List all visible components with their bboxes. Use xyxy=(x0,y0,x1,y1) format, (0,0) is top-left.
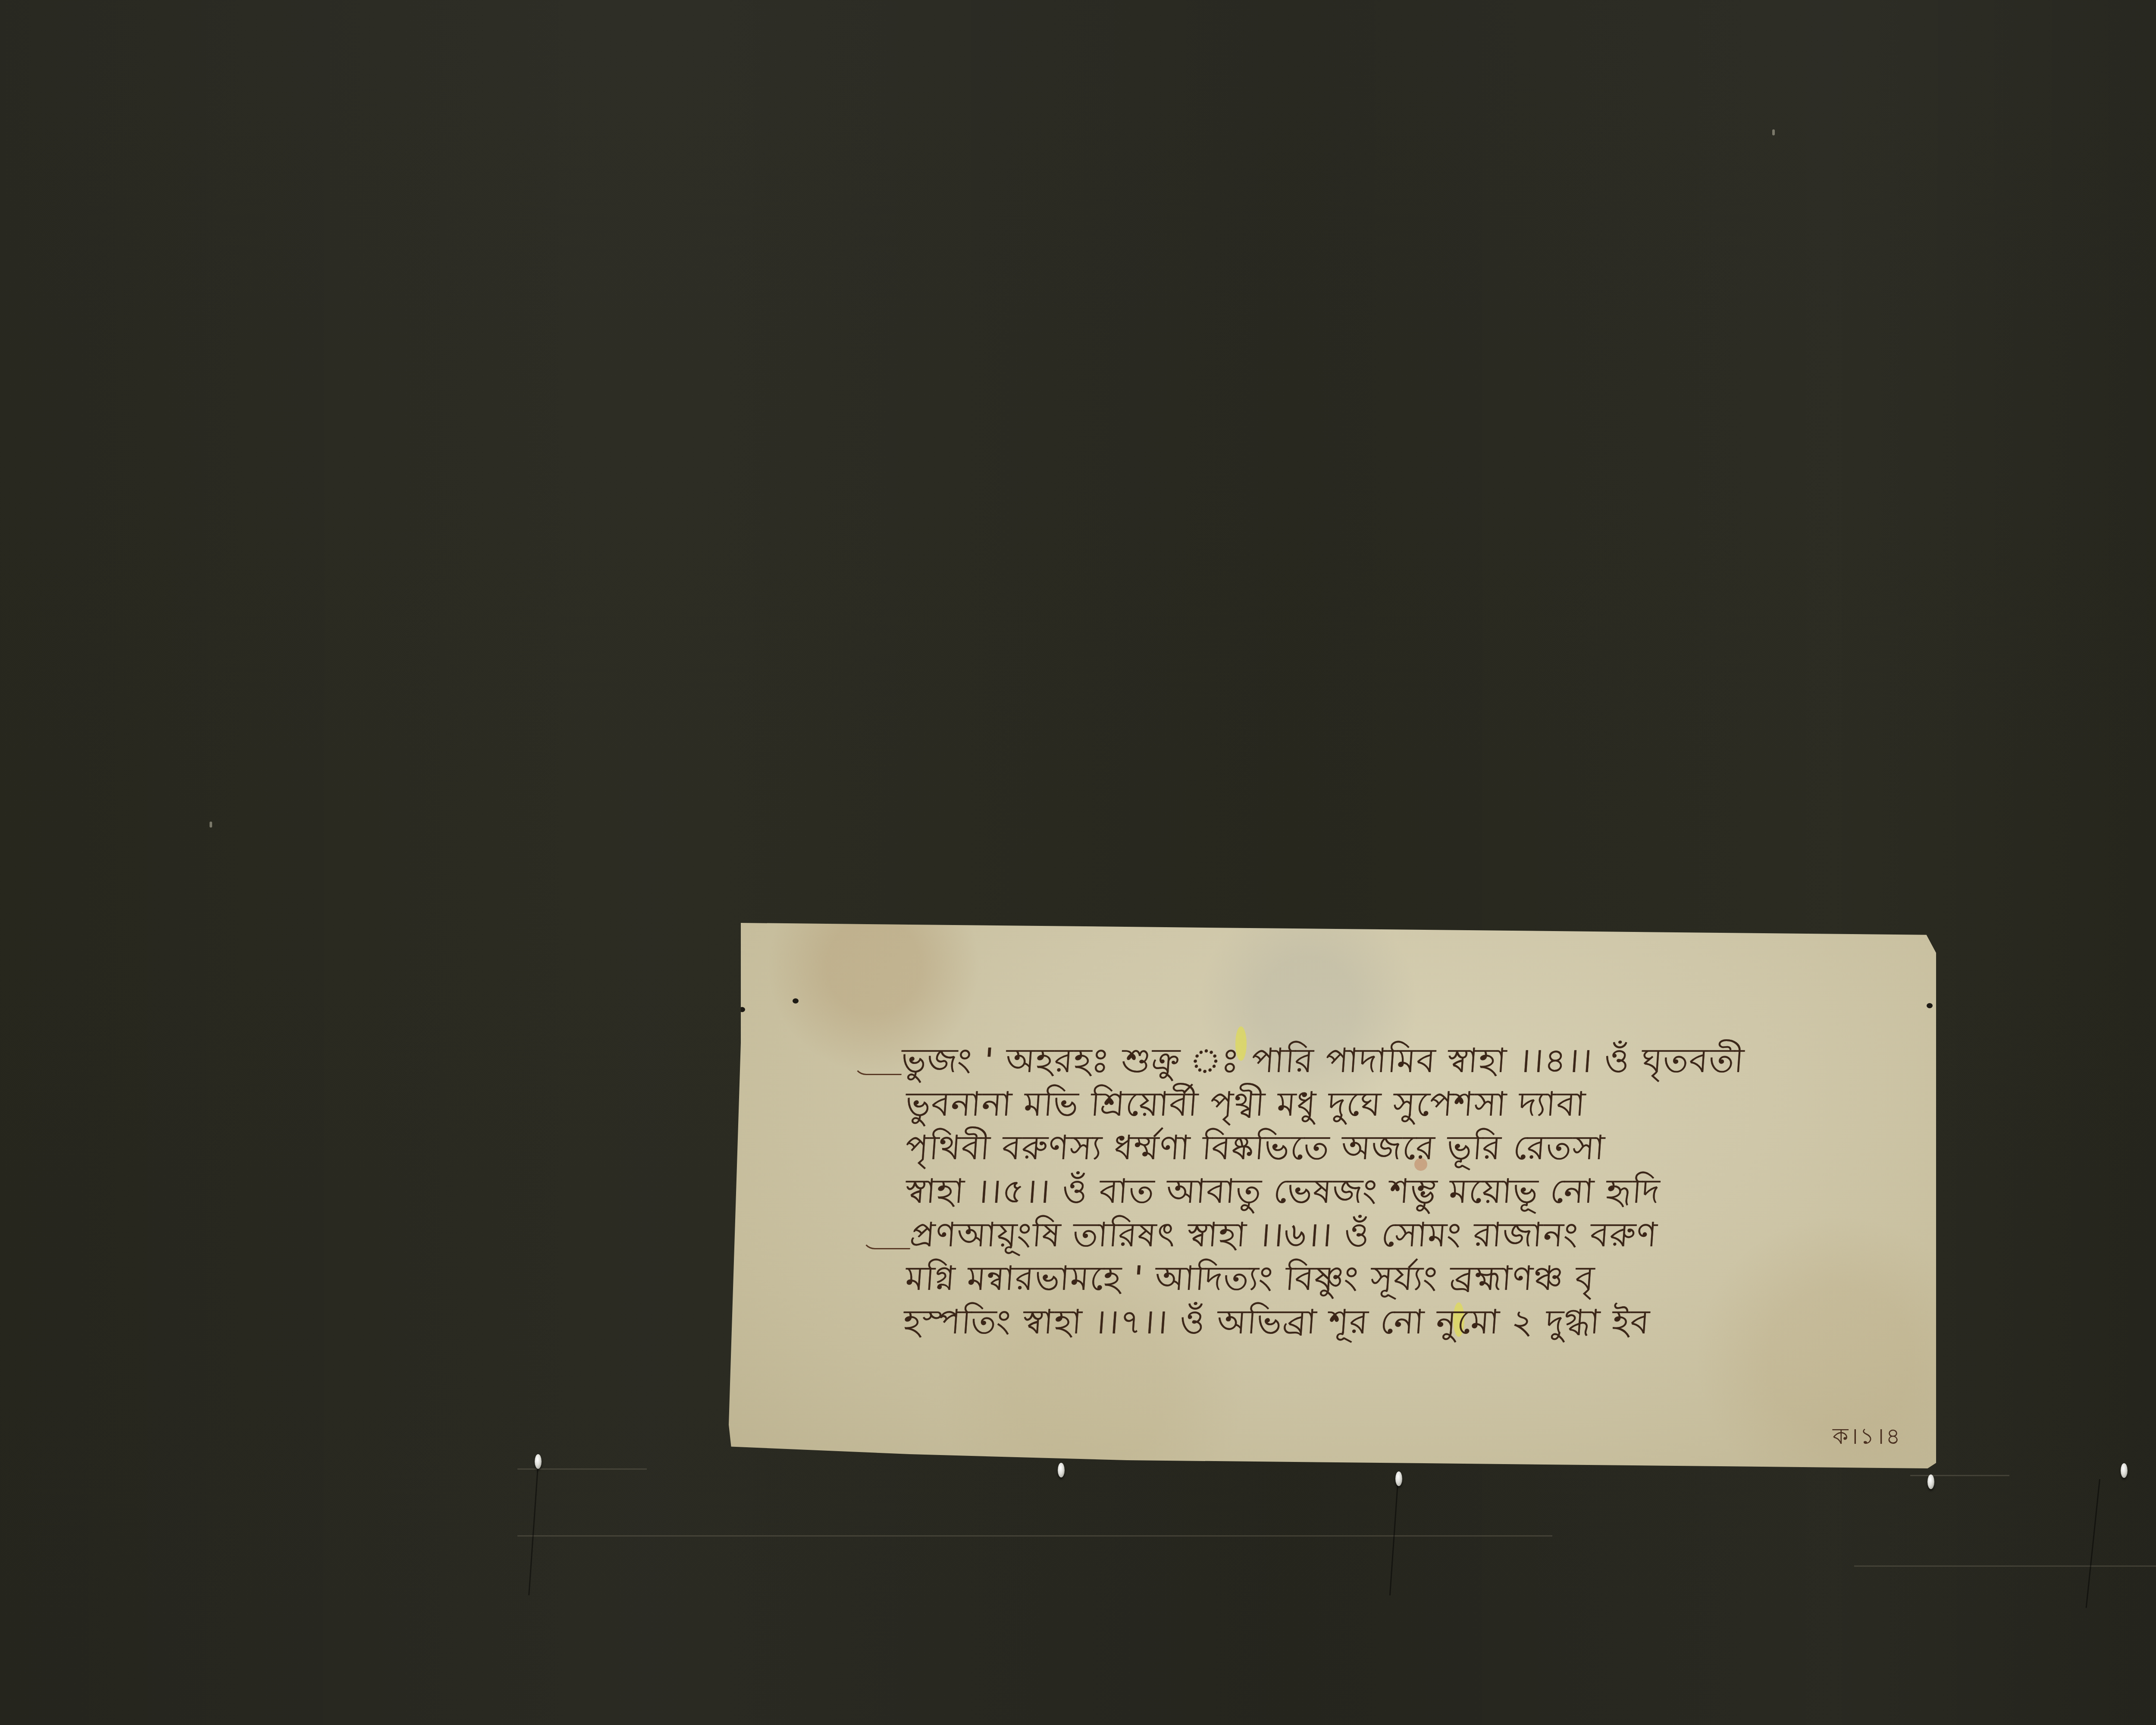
mounting-pin xyxy=(1058,1463,1065,1477)
chalk-guide-line xyxy=(517,1535,1552,1537)
pin-shadow xyxy=(528,1466,539,1595)
manuscript-line-1: ভুজং ' অহরহঃ শুক্রু ঃ পারি পাদামিব স্বাহ… xyxy=(899,1039,1894,1083)
mounting-pin xyxy=(535,1454,542,1469)
manuscript-line-2: ভুবনানা মভি শ্রিয়োর্বী পৃথ্বী মধু দুঘে … xyxy=(904,1083,1894,1126)
dust-speck xyxy=(1772,129,1775,135)
line-text: ভুবনানা মভি শ্রিয়োর্বী পৃথ্বী মধু দুঘে … xyxy=(904,1085,1587,1124)
chalk-guide-line xyxy=(1910,1475,2009,1476)
chalk-guide-line xyxy=(1854,1565,2156,1567)
manuscript-line-3: পৃথিবী বরুণস্য ধর্ম্মণা বিষ্কভিতে অজরে ভ… xyxy=(904,1126,1894,1170)
manuscript-leaf: ভুজং ' অহরহঃ শুক্রু ঃ পারি পাদামিব স্বাহ… xyxy=(729,923,1936,1468)
line-text: ভুজং ' অহরহঃ শুক্রু ঃ পারি পাদামিব স্বাহ… xyxy=(900,1041,1746,1080)
line-flourish xyxy=(853,1062,903,1075)
manuscript-line-4: স্বাহা ।।৫।। ওঁ বাত আবাতু ভেষজং শম্ভু ময… xyxy=(904,1170,1894,1214)
pin-shadow xyxy=(2086,1479,2100,1608)
manuscript-line-5: প্রণআয়ূংষি তারিষৎ স্বাহা ।।৬।। ওঁ সোমং … xyxy=(908,1214,1894,1257)
line-text: হস্পতিং স্বাহা ।।৭।। ওঁ অভিব্রা শূর নো ন… xyxy=(902,1303,1651,1342)
line-text: মগ্নি মন্বারভামহে ' আদিত্যং বিষ্ণুং সূর্… xyxy=(904,1259,1596,1298)
mounting-pin xyxy=(1395,1471,1402,1486)
binding-hole xyxy=(739,1007,745,1012)
folio-number: ক।১।৪ xyxy=(1833,1419,1902,1456)
line-flourish xyxy=(862,1236,911,1249)
binding-hole xyxy=(1927,1003,1933,1008)
line-text: পৃথিবী বরুণস্য ধর্ম্মণা বিষ্কভিতে অজরে ভ… xyxy=(904,1129,1607,1167)
binding-hole xyxy=(793,998,799,1004)
mount-board-background: ভুজং ' অহরহঃ শুক্রু ঃ পারি পাদামিব স্বাহ… xyxy=(0,0,2156,1725)
manuscript-line-6: মগ্নি মন্বারভামহে ' আদিত্যং বিষ্ণুং সূর্… xyxy=(904,1257,1894,1301)
mounting-pin xyxy=(1927,1474,1934,1489)
pin-shadow xyxy=(1389,1483,1398,1596)
line-text: স্বাহা ।।৫।। ওঁ বাত আবাতু ভেষজং শম্ভু ময… xyxy=(904,1172,1662,1211)
line-text: প্রণআয়ূংষি তারিষৎ স্বাহা ।।৬।। ওঁ সোমং … xyxy=(909,1216,1659,1255)
manuscript-line-7: হস্পতিং স্বাহা ।।৭।। ওঁ অভিব্রা শূর নো ন… xyxy=(902,1301,1894,1344)
dust-speck xyxy=(210,822,212,828)
mounting-pin xyxy=(2121,1463,2128,1478)
manuscript-text-block: ভুজং ' অহরহঃ শুক্রু ঃ পারি পাদামিব স্বাহ… xyxy=(901,1039,1893,1344)
